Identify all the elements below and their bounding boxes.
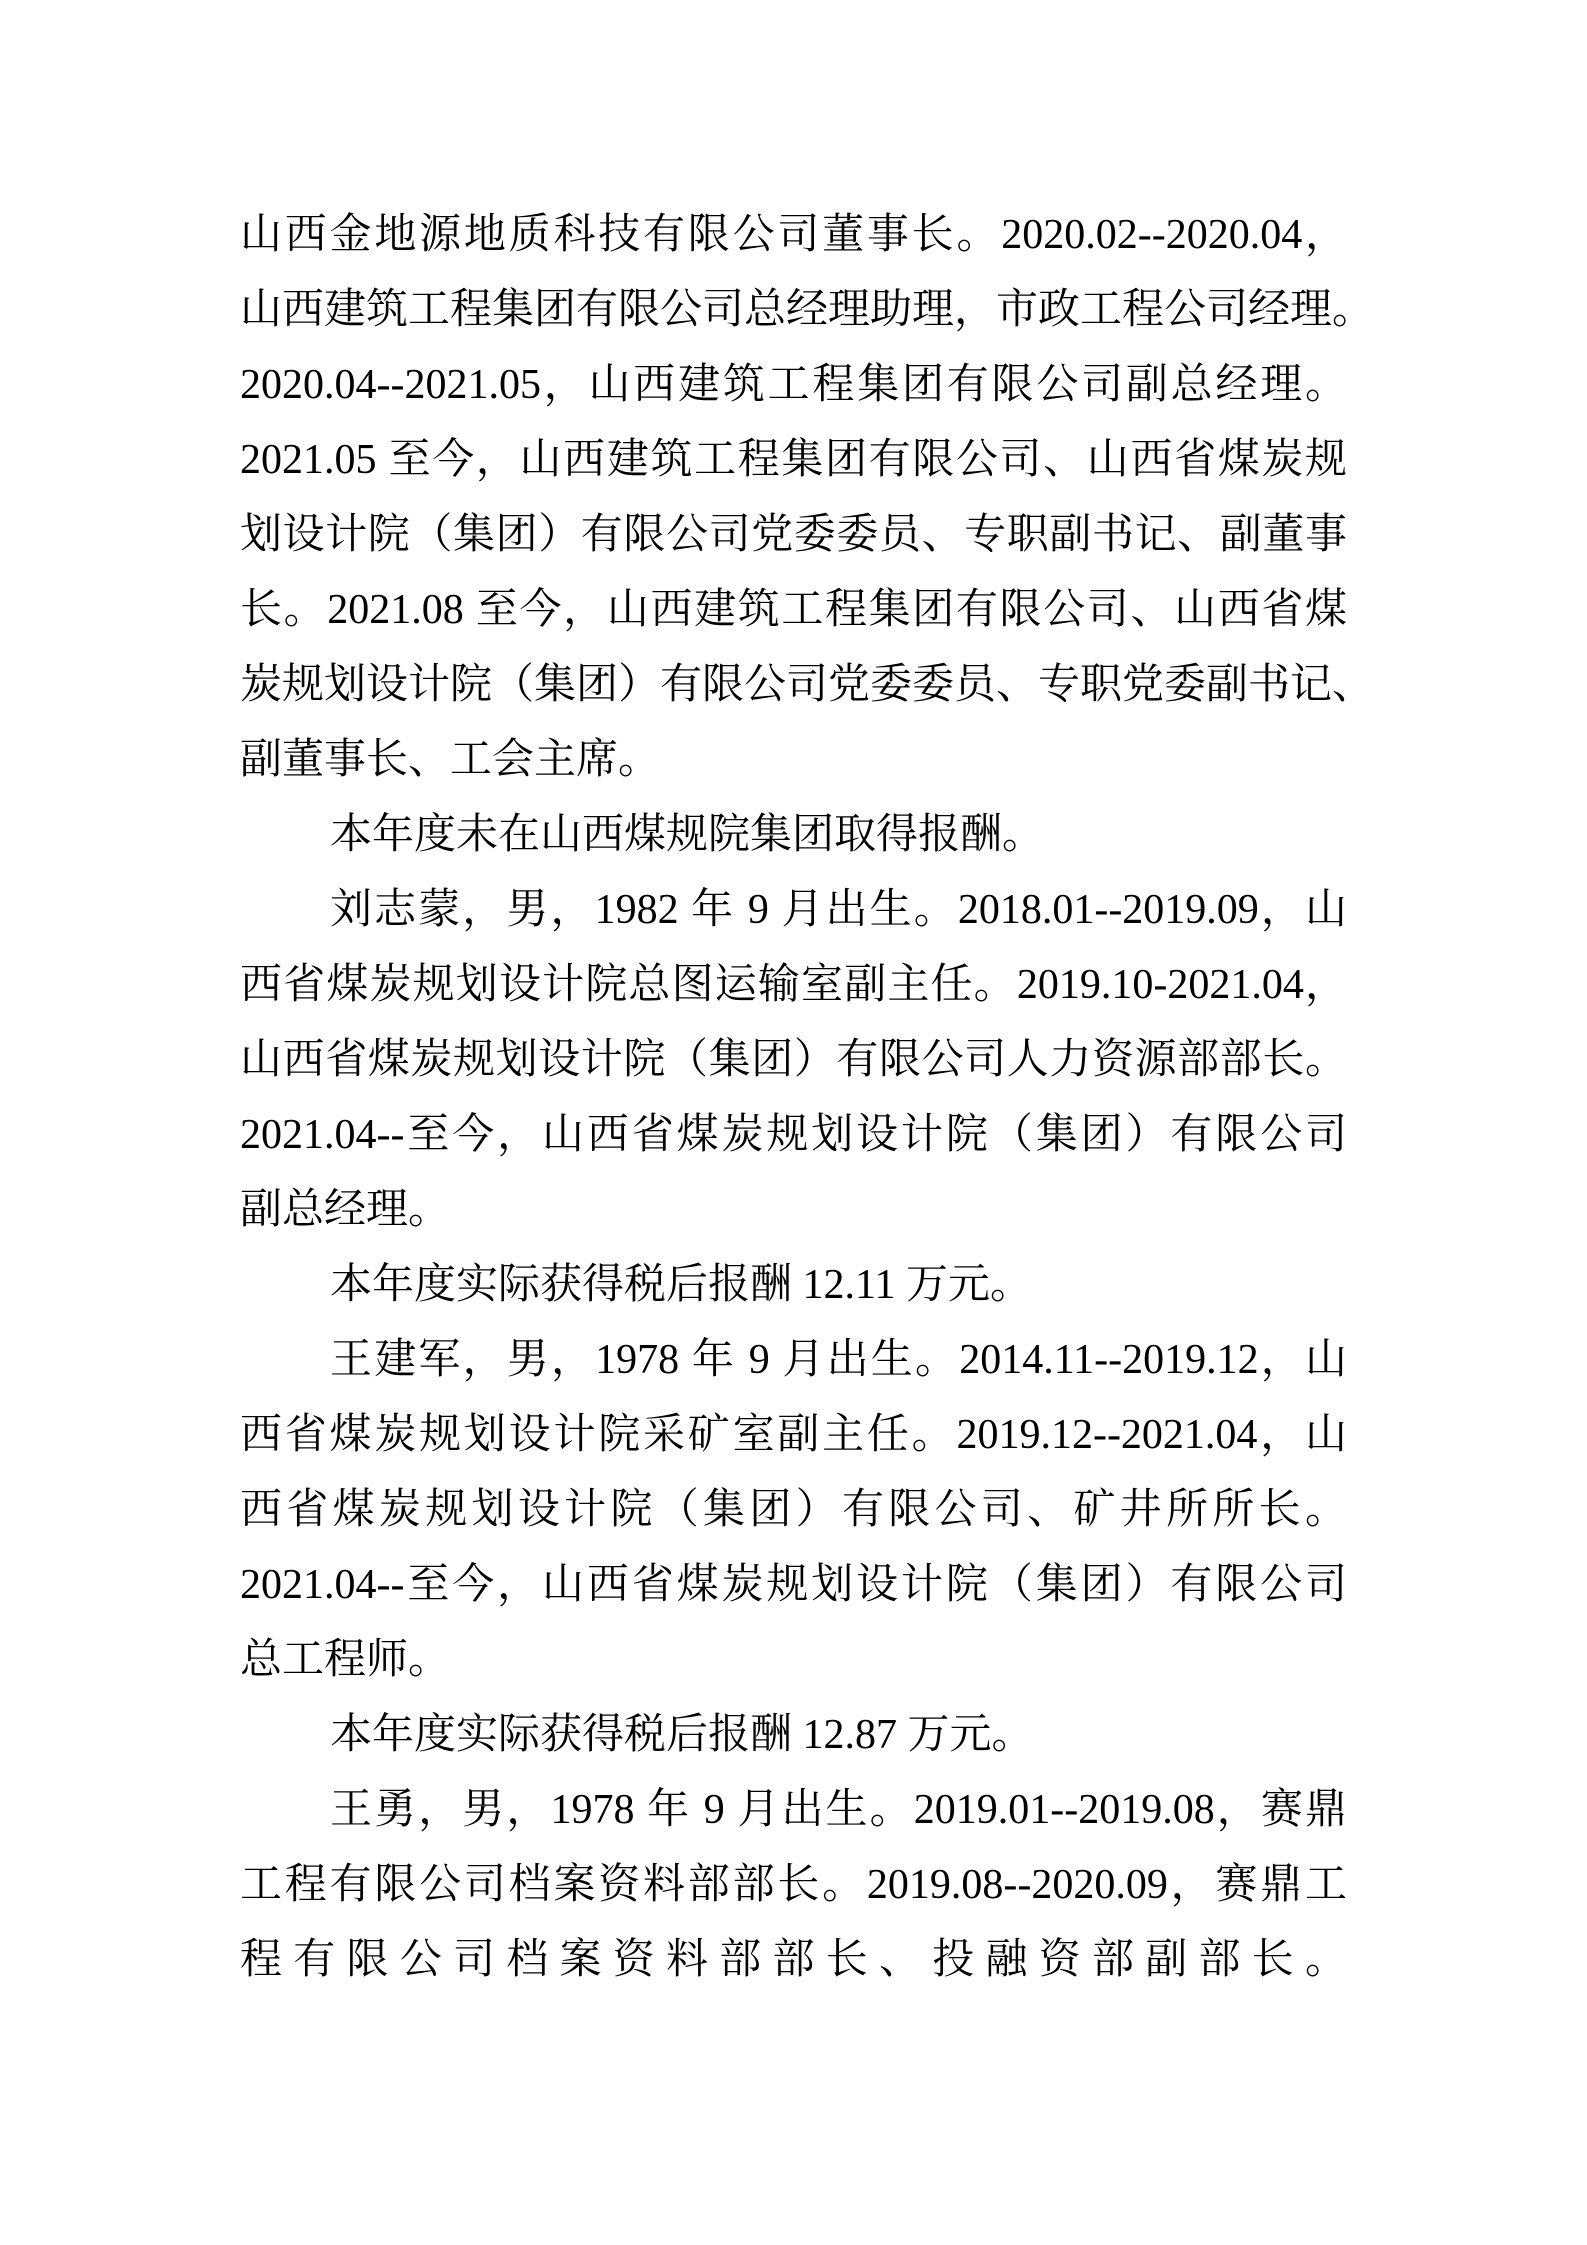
text-line: 划设计院（集团）有限公司党委委员、专职副书记、副董事: [240, 498, 1347, 573]
text-line: 总工程师。: [240, 1623, 1347, 1698]
text-line: 副董事长、工会主席。: [240, 723, 1347, 798]
text-line: 山西金地源地质科技有限公司董事长。2020.02--2020.04，: [240, 198, 1347, 273]
text-line: 程有限公司档案资料部部长、投融资部副部长。: [240, 1923, 1347, 1998]
text-line: 西省煤炭规划设计院采矿室副主任。2019.12--2021.04，山: [240, 1398, 1347, 1473]
text-line: 西省煤炭规划设计院总图运输室副主任。2019.10-2021.04，: [240, 948, 1347, 1023]
text-line: 刘志蒙，男，1982 年 9 月出生。2018.01--2019.09，山: [240, 873, 1347, 948]
text-line: 2021.04--至今，山西省煤炭规划设计院（集团）有限公司: [240, 1548, 1347, 1623]
text-line: 2021.04--至今，山西省煤炭规划设计院（集团）有限公司: [240, 1098, 1347, 1173]
text-line: 长。2021.08 至今，山西建筑工程集团有限公司、山西省煤: [240, 573, 1347, 648]
text-line: 王勇，男，1978 年 9 月出生。2019.01--2019.08，赛鼎: [240, 1773, 1347, 1848]
text-line: 本年度实际获得税后报酬 12.87 万元。: [240, 1698, 1347, 1773]
text-line: 山西建筑工程集团有限公司总经理助理，市政工程公司经理。: [240, 273, 1347, 348]
text-line: 王建军，男，1978 年 9 月出生。2014.11--2019.12，山: [240, 1323, 1347, 1398]
text-line: 本年度未在山西煤规院集团取得报酬。: [240, 798, 1347, 873]
text-line: 山西省煤炭规划设计院（集团）有限公司人力资源部部长。: [240, 1023, 1347, 1098]
text-line: 工程有限公司档案资料部部长。2019.08--2020.09，赛鼎工: [240, 1848, 1347, 1923]
text-line: 2020.04--2021.05，山西建筑工程集团有限公司副总经理。: [240, 348, 1347, 423]
text-line: 副总经理。: [240, 1173, 1347, 1248]
document-page: 山西金地源地质科技有限公司董事长。2020.02--2020.04，山西建筑工程…: [0, 0, 1587, 2245]
text-line: 西省煤炭规划设计院（集团）有限公司、矿井所所长。: [240, 1473, 1347, 1548]
text-line: 炭规划设计院（集团）有限公司党委委员、专职党委副书记、: [240, 648, 1347, 723]
text-line: 本年度实际获得税后报酬 12.11 万元。: [240, 1248, 1347, 1323]
text-line: 2021.05 至今，山西建筑工程集团有限公司、山西省煤炭规: [240, 423, 1347, 498]
text-block: 山西金地源地质科技有限公司董事长。2020.02--2020.04，山西建筑工程…: [240, 198, 1347, 1998]
